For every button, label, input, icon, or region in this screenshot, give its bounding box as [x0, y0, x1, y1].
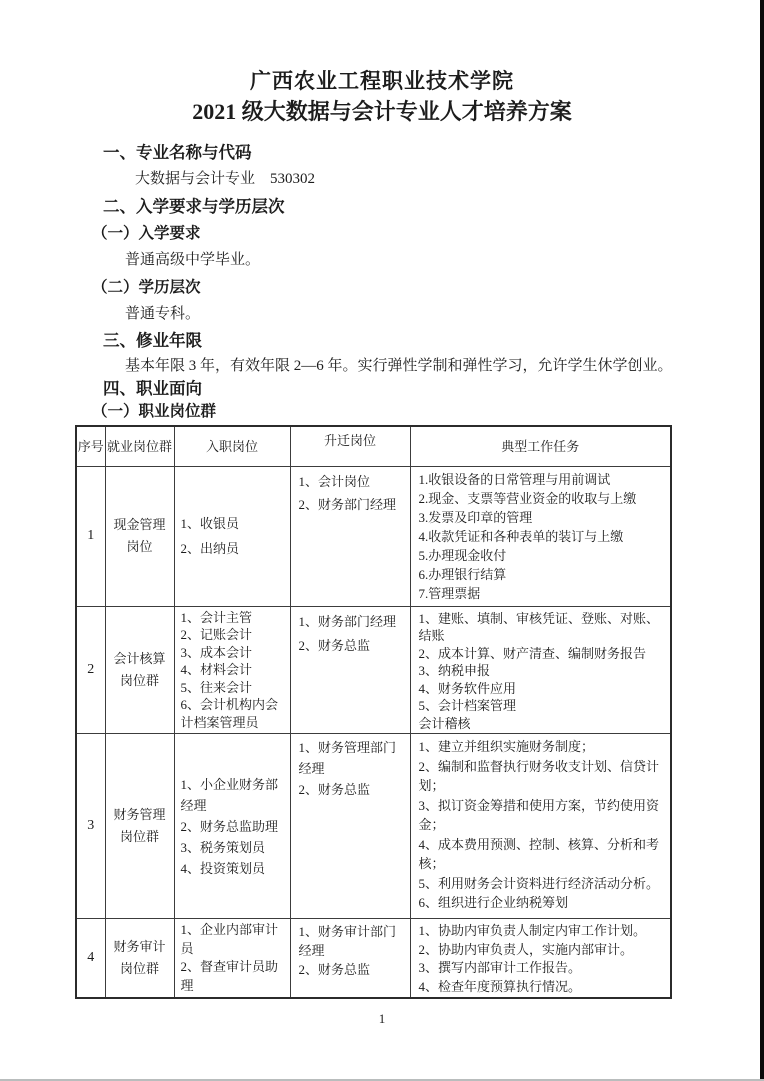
job-group-cell: 现金管理岗位 — [105, 466, 174, 606]
section-1-heading: 一、专业名称与代码 — [103, 141, 764, 165]
table-row: 3 财务管理岗位群 1、小企业财务部经理 2、财务总监助理 3、税务策划员 4、… — [76, 734, 671, 919]
document-page: 广西农业工程职业技术学院 2021 级大数据与会计专业人才培养方案 一、专业名称… — [0, 0, 764, 1081]
promotion-positions-cell: 1、财务审计部门经理 2、财务总监 — [290, 919, 410, 999]
entry-positions-cell: 1、小企业财务部经理 2、财务总监助理 3、税务策划员 4、投资策划员 — [174, 734, 290, 919]
document-title-line-2: 2021 级大数据与会计专业人才培养方案 — [0, 96, 764, 128]
study-duration-body: 基本年限 3 年，有效年限 2—6 年。实行弹性学制和弹性学习，允许学生休学创业… — [125, 355, 764, 377]
subsection-enrollment-requirements-heading: （一）入学要求 — [92, 223, 764, 245]
subsection-job-groups-heading: （一）职业岗位群 — [92, 401, 764, 423]
promotion-positions-cell: 1、财务部门经理 2、财务总监 — [290, 606, 410, 734]
task-item: 4.收款凭证和各种表单的装订与上缴 — [419, 527, 668, 546]
table-row: 1 现金管理岗位 1、收银员 2、出纳员 1、会计岗位 2、财务部门经理 1.收… — [76, 466, 671, 606]
entry-position-item: 3、成本会计 — [181, 644, 287, 662]
table-row: 2 会计核算岗位群 1、会计主管 2、记账会计 3、成本会计 4、材料会计 5、… — [76, 606, 671, 734]
table-header-row: 序号 就业岗位群 入职岗位 升迁岗位 典型工作任务 — [76, 426, 671, 466]
task-item: 1、建账、填制、审核凭证、登账、对账、结账 — [419, 610, 668, 645]
promotion-position-item: 1、财务部门经理 — [299, 610, 407, 634]
promotion-position-item: 1、财务管理部门经理 — [299, 737, 407, 779]
row-serial-number: 3 — [76, 734, 105, 919]
entry-position-item: 1、企业内部审计员 — [181, 921, 287, 958]
major-name-and-code: 大数据与会计专业 530302 — [135, 168, 764, 190]
task-item: 6.办理银行结算 — [419, 565, 668, 584]
typical-tasks-cell: 1.收银设备的日常管理与用前调试 2.现金、支票等营业资金的收取与上缴 3.发票… — [410, 466, 671, 606]
header-promotion-position: 升迁岗位 — [290, 426, 410, 466]
career-positions-table: 序号 就业岗位群 入职岗位 升迁岗位 典型工作任务 1 现金管理岗位 1、收银员… — [75, 425, 672, 999]
task-item: 7.管理票据 — [419, 584, 668, 603]
promotion-position-item: 2、财务部门经理 — [299, 493, 407, 516]
job-group-cell: 财务管理岗位群 — [105, 734, 174, 919]
entry-positions-cell: 1、收银员 2、出纳员 — [174, 466, 290, 606]
job-group-cell: 会计核算岗位群 — [105, 606, 174, 734]
entry-position-item: 3、税务策划员 — [181, 837, 287, 858]
scan-edge-right — [760, 0, 764, 1081]
entry-position-item: 6、会计机构内会计档案管理员 — [181, 696, 287, 731]
task-item: 3、纳税申报 — [419, 662, 668, 680]
promotion-position-item: 2、财务总监 — [299, 779, 407, 800]
task-item: 5、利用财务会计资料进行经济活动分析。 — [419, 874, 668, 894]
task-item: 2、编制和监督执行财务收支计划、信贷计划； — [419, 757, 668, 796]
entry-position-item: 2、出纳员 — [181, 536, 287, 561]
entry-position-item: 1、会计主管 — [181, 609, 287, 627]
entry-position-item: 2、督查审计员助理 — [181, 958, 287, 995]
task-item: 3、撰写内部审计工作报告。 — [419, 959, 668, 978]
typical-tasks-cell: 1、建立并组织实施财务制度； 2、编制和监督执行财务收支计划、信贷计划； 3、拟… — [410, 734, 671, 919]
entry-position-item: 2、记账会计 — [181, 626, 287, 644]
entry-positions-cell: 1、会计主管 2、记账会计 3、成本会计 4、材料会计 5、往来会计 6、会计机… — [174, 606, 290, 734]
promotion-positions-cell: 1、财务管理部门经理 2、财务总监 — [290, 734, 410, 919]
section-3-heading: 三、修业年限 — [103, 329, 764, 353]
task-item: 3.发票及印章的管理 — [419, 508, 668, 527]
entry-positions-cell: 1、企业内部审计员 2、督查审计员助理 — [174, 919, 290, 999]
entry-position-item: 1、收银员 — [181, 511, 287, 536]
promotion-position-item: 2、财务总监 — [299, 960, 407, 979]
task-item: 4、财务软件应用 — [419, 680, 668, 698]
entry-position-item: 1、小企业财务部经理 — [181, 774, 287, 816]
task-item: 5、会计档案管理 — [419, 697, 668, 715]
typical-tasks-cell: 1、建账、填制、审核凭证、登账、对账、结账 2、成本计算、财产清查、编制财务报告… — [410, 606, 671, 734]
document-title-line-1: 广西农业工程职业技术学院 — [0, 66, 764, 96]
row-serial-number: 4 — [76, 919, 105, 999]
task-item: 1.收银设备的日常管理与用前调试 — [419, 470, 668, 489]
row-serial-number: 2 — [76, 606, 105, 734]
entry-position-item: 2、财务总监助理 — [181, 816, 287, 837]
task-item: 2、协助内审负责人，实施内部审计。 — [419, 941, 668, 960]
task-item: 5.办理现金收付 — [419, 546, 668, 565]
promotion-position-item: 1、会计岗位 — [299, 470, 407, 493]
task-item: 4、检查年度预算执行情况。 — [419, 978, 668, 997]
row-serial-number: 1 — [76, 466, 105, 606]
promotion-positions-cell: 1、会计岗位 2、财务部门经理 — [290, 466, 410, 606]
job-group-cell: 财务审计岗位群 — [105, 919, 174, 999]
header-entry-position: 入职岗位 — [174, 426, 290, 466]
task-item: 2、成本计算、财产清查、编制财务报告 — [419, 645, 668, 663]
task-item: 1、建立并组织实施财务制度； — [419, 737, 668, 757]
task-item: 4、成本费用预测、控制、核算、分析和考核； — [419, 835, 668, 874]
task-item: 1、协助内审负责人制定内审工作计划。 — [419, 922, 668, 941]
page-number: 1 — [0, 1011, 764, 1027]
entry-position-item: 4、投资策划员 — [181, 858, 287, 879]
promotion-position-item: 2、财务总监 — [299, 634, 407, 658]
header-serial-number: 序号 — [76, 426, 105, 466]
subsection-education-level-heading: （二）学历层次 — [92, 277, 764, 299]
education-level-body: 普通专科。 — [125, 303, 764, 325]
task-item: 3、拟订资金筹措和使用方案，节约使用资金； — [419, 796, 668, 835]
task-item: 6、组织进行企业纳税筹划 — [419, 893, 668, 913]
promotion-position-item: 1、财务审计部门经理 — [299, 922, 407, 960]
enrollment-requirements-body: 普通高级中学毕业。 — [125, 249, 764, 271]
task-item: 会计稽核 — [419, 715, 668, 733]
table-row: 4 财务审计岗位群 1、企业内部审计员 2、督查审计员助理 1、财务审计部门经理… — [76, 919, 671, 999]
entry-position-item: 4、材料会计 — [181, 661, 287, 679]
task-item: 2.现金、支票等营业资金的收取与上缴 — [419, 489, 668, 508]
typical-tasks-cell: 1、协助内审负责人制定内审工作计划。 2、协助内审负责人，实施内部审计。 3、撰… — [410, 919, 671, 999]
section-4-heading: 四、职业面向 — [103, 377, 764, 401]
header-typical-tasks: 典型工作任务 — [410, 426, 671, 466]
header-job-group: 就业岗位群 — [105, 426, 174, 466]
section-2-heading: 二、入学要求与学历层次 — [103, 195, 764, 219]
entry-position-item: 5、往来会计 — [181, 679, 287, 697]
